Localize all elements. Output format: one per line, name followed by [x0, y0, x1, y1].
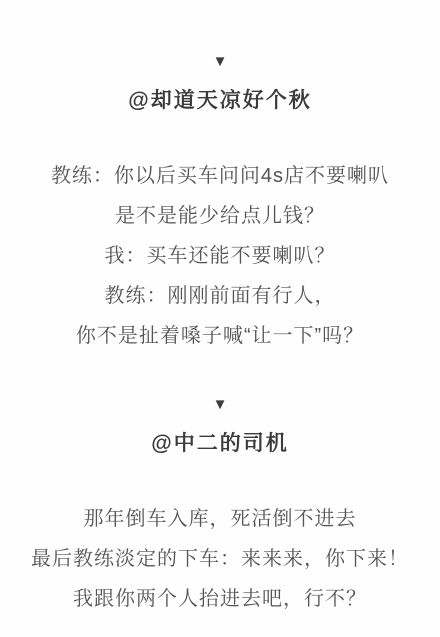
joke-line: 最后教练淡定的下车：来来来，你下来！ — [0, 539, 440, 579]
joke-line: 是不是能少给点儿钱？ — [0, 196, 440, 236]
username-heading: @中二的司机 — [0, 430, 440, 458]
joke-line: 教练：刚刚前面有行人， — [0, 276, 440, 316]
joke-text-block: 那年倒车入库，死活倒不进去 最后教练淡定的下车：来来来，你下来！ 我跟你两个人抬… — [0, 499, 440, 619]
section-divider-triangle-icon: ▼ — [0, 397, 440, 412]
username-heading: @却道天凉好个秋 — [0, 87, 440, 115]
joke-page: ▼ @却道天凉好个秋 教练：你以后买车问问4s店不要喇叭 是不是能少给点儿钱？ … — [0, 0, 440, 637]
joke-section-1: ▼ @却道天凉好个秋 教练：你以后买车问问4s店不要喇叭 是不是能少给点儿钱？ … — [0, 54, 440, 356]
joke-text-block: 教练：你以后买车问问4s店不要喇叭 是不是能少给点儿钱？ 我：买车还能不要喇叭？… — [0, 156, 440, 356]
joke-line: 我跟你两个人抬进去吧，行不？ — [0, 579, 440, 619]
section-divider-triangle-icon: ▼ — [0, 54, 440, 69]
joke-line: 教练：你以后买车问问4s店不要喇叭 — [0, 156, 440, 196]
joke-section-2: ▼ @中二的司机 那年倒车入库，死活倒不进去 最后教练淡定的下车：来来来，你下来… — [0, 397, 440, 619]
joke-line: 那年倒车入库，死活倒不进去 — [0, 499, 440, 539]
joke-line: 你不是扯着嗓子喊“让一下”吗？ — [0, 316, 440, 356]
joke-line: 我：买车还能不要喇叭？ — [0, 236, 440, 276]
